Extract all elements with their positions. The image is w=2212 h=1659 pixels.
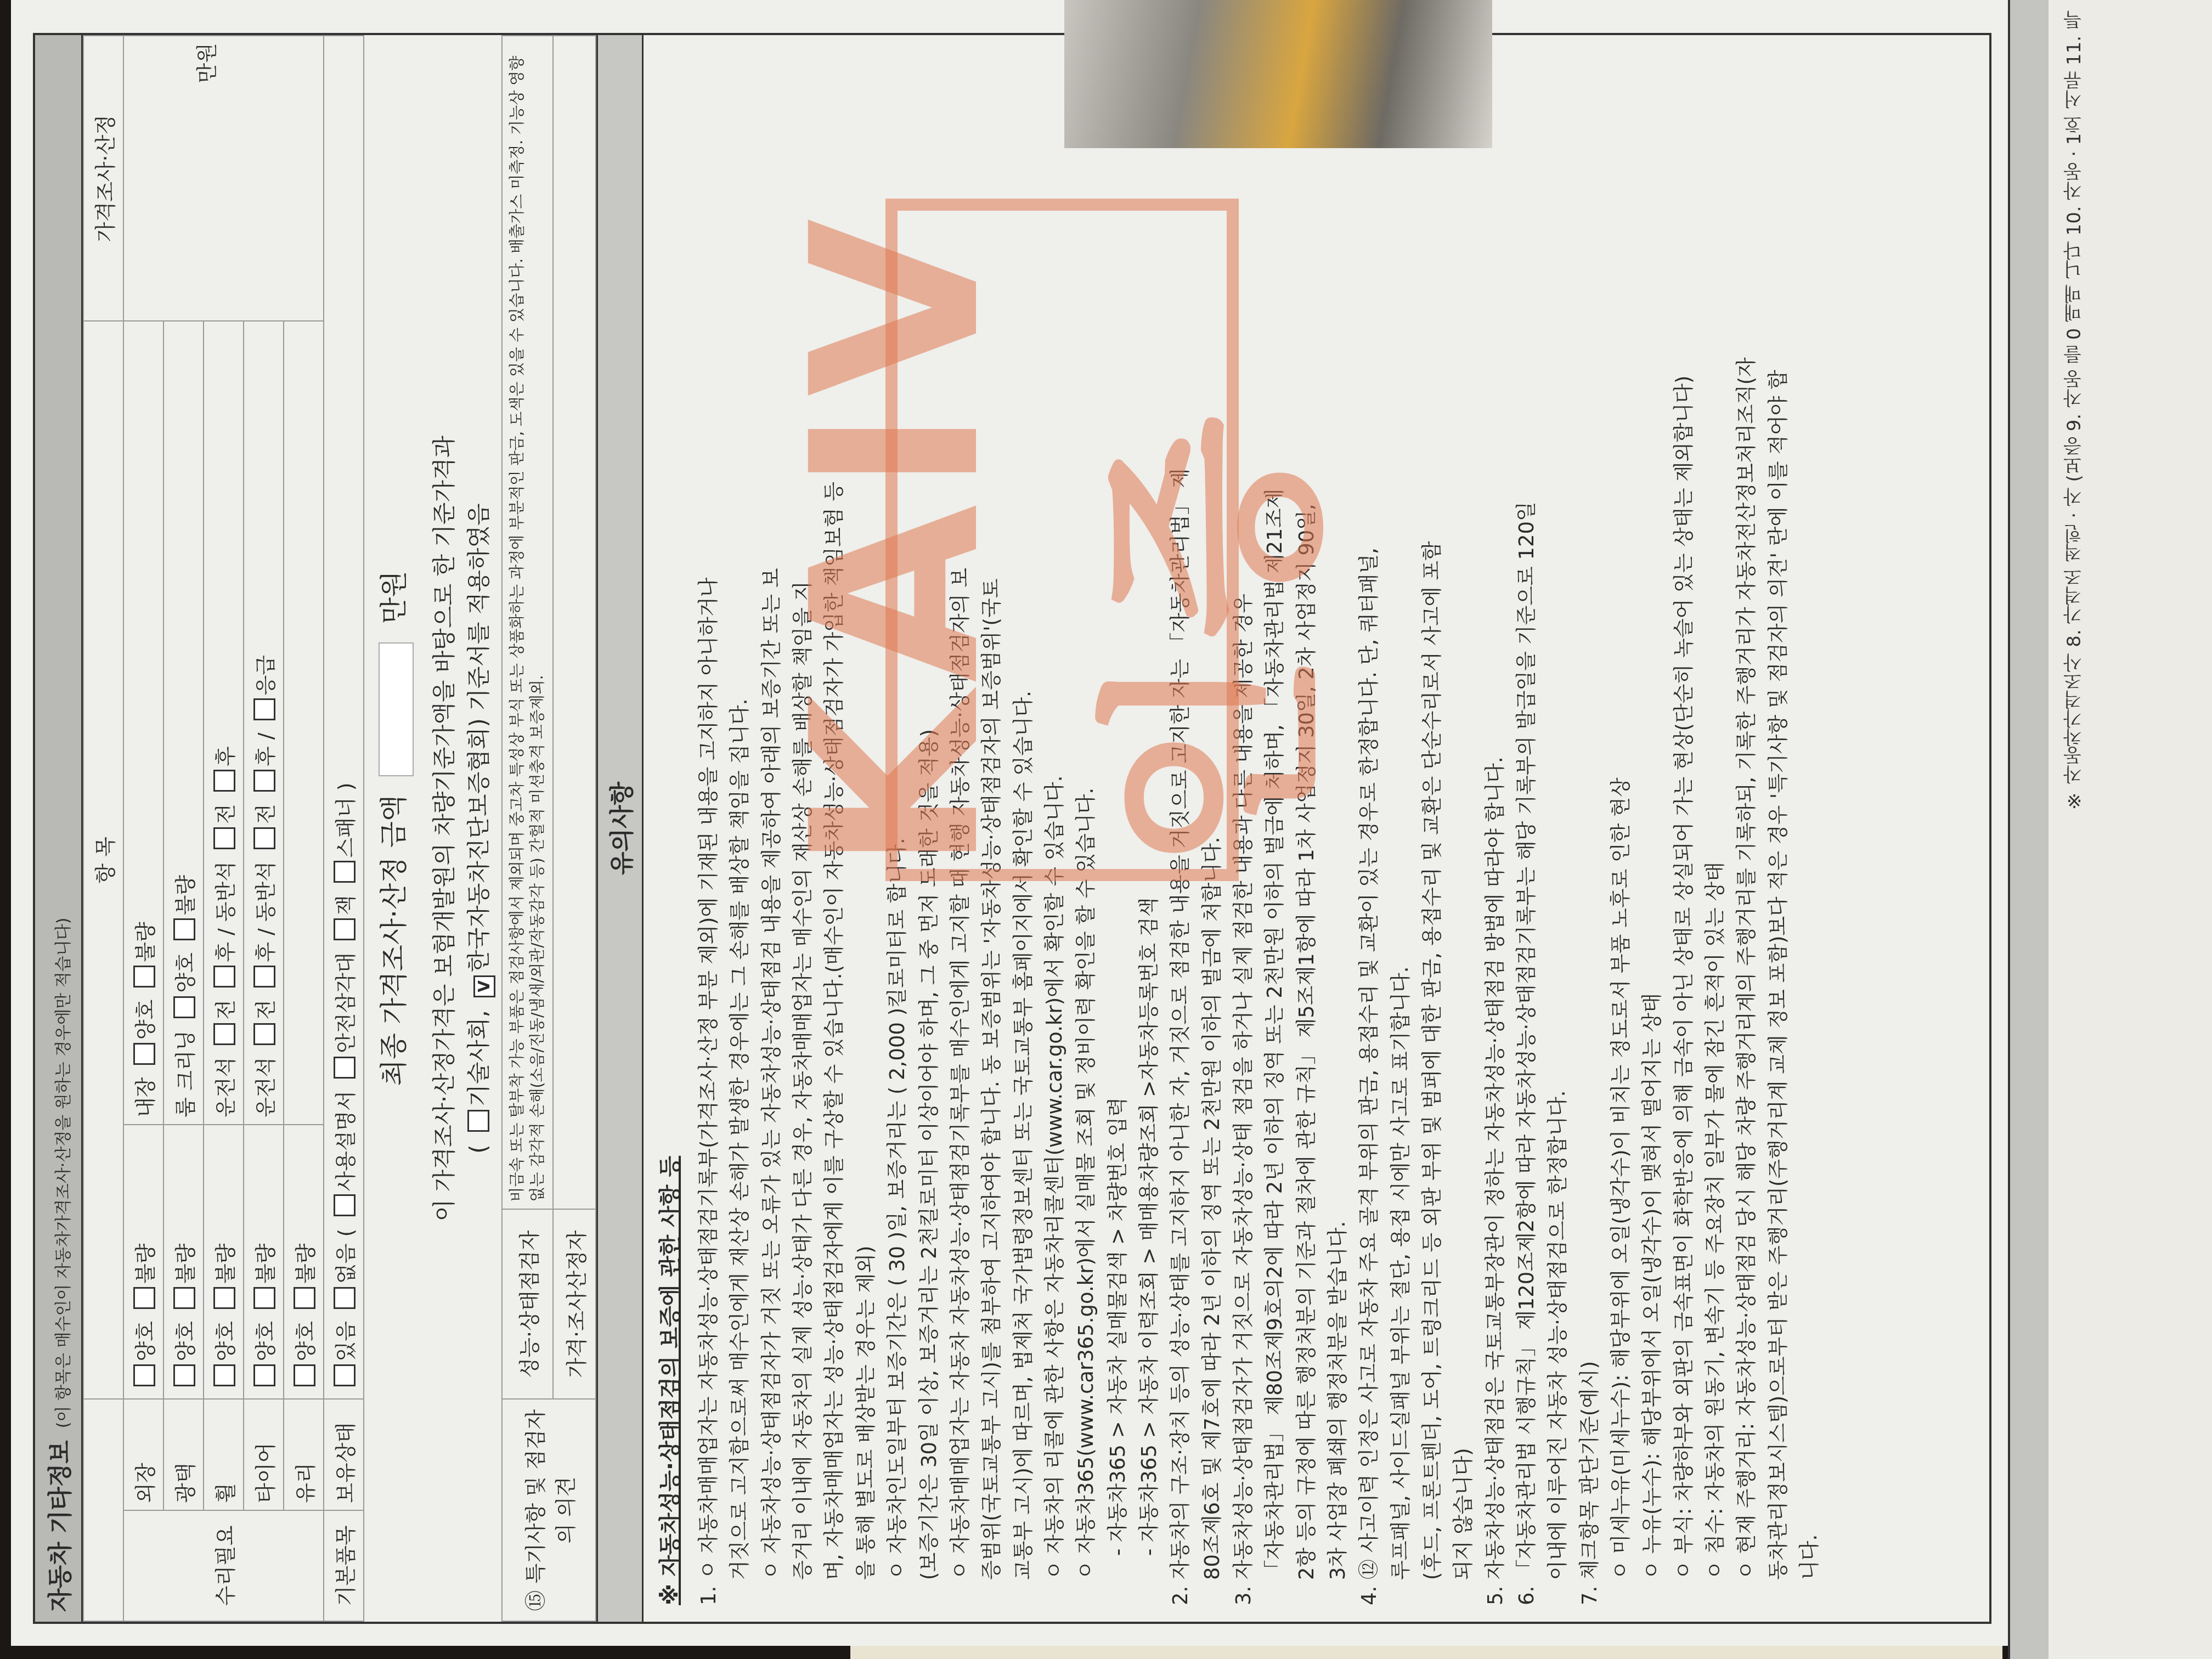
section-title-text: 자동차 기타정보 <box>41 1440 76 1612</box>
checkbox[interactable] <box>253 770 275 792</box>
option-label: 전 <box>253 1000 278 1020</box>
option-label: 응급 <box>253 655 278 695</box>
option-label: 양호 <box>294 1321 318 1361</box>
notice-body: ※ 자동차성능·상태점검의 보증에 관한 사항 등 1. ㅇ 자동차매매업자는 … <box>644 35 1835 1622</box>
notice-line: 교통부 고시)에 따르며, 법제처 국가법령정보센터 또는 국토교통부 홈페이지… <box>1008 52 1039 1605</box>
notice-line: 되지 않습니다) <box>1448 52 1479 1605</box>
option-label: 불량 <box>133 1243 157 1283</box>
notice-line: - 자동차365 > 자동차 이력조회 > 매매용차량조회 >자동차등록번호 검… <box>1133 52 1165 1605</box>
warranty-title: ※ 자동차성능·상태점검의 보증에 관한 사항 등 <box>653 52 687 1605</box>
notice-header: 유의사항 <box>596 35 644 1622</box>
row-label: 타이어 <box>244 1399 284 1510</box>
sub-label: 내장 <box>133 1077 157 1117</box>
checkbox-good[interactable] <box>253 1364 275 1386</box>
inspector-remarks: 비금속 또는 탈부착 가능 부품은 점검사항에서 제외되며 중고차 특성상 부식… <box>502 36 554 1209</box>
section-title: 자동차 기타정보 (이 항목은 매수인이 자동차가격조사·산정을 원하는 경우에… <box>35 35 83 1622</box>
notice-line: 3. 자동차성능·상태점검자가 거짓으로 자동차성능·상태 점검을 하거나 실제… <box>1228 52 1259 1605</box>
notice-line: (후드, 프론트펜더, 도어, 트렁크리드 등 외판 부위 및 범퍼에 대한 판… <box>1417 52 1448 1605</box>
checkbox[interactable] <box>213 966 235 988</box>
checkbox-tech-society[interactable] <box>467 1110 489 1132</box>
notice-line: ㅇ 침수: 자동차의 원동기, 변속기 등 주요장치 일부가 물에 잠긴 흔적이… <box>1700 52 1731 1605</box>
document-page: 자동차 기타정보 (이 항목은 매수인이 자동차가격조사·산정을 원하는 경우에… <box>11 0 2013 1646</box>
price-unit: 만원 <box>123 36 324 321</box>
row-label: 외장 <box>123 1399 163 1510</box>
checkbox-kaiv-checked[interactable] <box>473 975 495 997</box>
checkbox-spanner[interactable] <box>334 861 356 883</box>
checkbox[interactable] <box>213 770 235 792</box>
checkbox-triangle[interactable] <box>334 1057 356 1079</box>
vehicle-info-table: 항 목 가격조사·산정 수리필요 외장 양호 불량 내장 양호 불량 만원 <box>83 35 364 1622</box>
notice-line: 2항 등의 규정에 따른 행정처분의 기준과 절차에 관한 규칙」 제5조제1항… <box>1291 52 1322 1605</box>
next-page-text: ※ 자동차가격조사 8. 가격조 적힌 · 자 (보증 9. 자동 를 0 매매… <box>2059 11 2089 811</box>
checkbox-good[interactable] <box>213 1364 235 1386</box>
checkbox-bad[interactable] <box>173 1287 195 1309</box>
basis-option1: 기술사회, <box>465 1010 492 1107</box>
row-label: 휠 <box>204 1399 244 1510</box>
option-label: 양호 <box>253 1321 278 1361</box>
notice-line: ㅇ 자동차인도일부터 보증기간은 ( 30 )일, 보증거리는 ( 2,000 … <box>882 52 913 1605</box>
basic-items-options: 있음 없음 ( 사용설명서 안전삼각대 잭 스패너 ) <box>324 36 364 1399</box>
checkbox-good[interactable] <box>294 1364 315 1386</box>
option-label: 양호 <box>173 1321 198 1361</box>
notice-line: ㅇ 부식: 차량하부와 외판의 금속표면이 화학반응에 의해 금속이 아닌 상태… <box>1668 52 1700 1605</box>
option-label: 불량 <box>133 922 157 962</box>
checkbox-none[interactable] <box>334 1287 356 1309</box>
notice-line: ㅇ 자동차성능·상태점검자가 거짓 또는 오류가 있는 자동차성능·상태점검 내… <box>756 52 787 1605</box>
checkbox-jack[interactable] <box>334 918 356 940</box>
sub-label: 운전석 <box>253 1057 278 1118</box>
option-label: 양호 <box>133 1321 157 1361</box>
checkbox-good[interactable] <box>133 1364 155 1386</box>
checkbox[interactable] <box>253 966 275 988</box>
checkbox-bad[interactable] <box>133 1287 155 1309</box>
notice-line: 증범위(국토교통부 고시)를 첨부하여 고지하여야 합니다. 동 보증범위는 '… <box>976 52 1007 1605</box>
final-price-unit: 만원 <box>378 571 410 624</box>
checkbox[interactable] <box>253 1023 275 1045</box>
option-label: 양호 <box>213 1321 238 1361</box>
remarks-label: ⑮ 특기사항 및 점검자의 의견 <box>502 1399 596 1621</box>
option-label: 불량 <box>173 1243 198 1283</box>
option-label: 전 <box>213 1000 238 1020</box>
option-label: 스패너 <box>334 797 358 857</box>
basic-items-label: 기본품목 <box>324 1510 364 1621</box>
sub-label: 운전석 <box>213 1057 238 1118</box>
option-label: 불량 <box>294 1243 318 1283</box>
option-label: 불량 <box>173 875 198 915</box>
checkbox[interactable] <box>213 827 235 849</box>
section-note: (이 항목은 매수인이 자동차가격조사·산정을 원하는 경우에만 적습니다) <box>49 918 74 1429</box>
inspector-label: 성능·상태점검자 <box>502 1209 554 1400</box>
option-label: 양호 <box>133 1000 157 1040</box>
notice-line: (보증기간은 30일 이상, 보증거리는 2천킬로미터 이상이어야 하며, 그 … <box>913 52 945 1605</box>
checkbox-good[interactable] <box>173 996 195 1018</box>
notice-line: ㅇ 누유(누수): 해당부위에서 오일(냉각수)이 맺혀서 떨어지는 상태 <box>1637 52 1668 1605</box>
notice-line: ㅇ 미세누유(미세누수): 해당부위에 오일(냉각수)이 비치는 정도로서 부품… <box>1605 52 1637 1605</box>
notice-line: ㅇ 자동차의 리콜에 관한 사항은 자동차리콜센터(www.car.go.kr)… <box>1039 52 1070 1605</box>
row-label: 광택 <box>163 1399 204 1510</box>
notice-line: 루프패널, 사이드실패널 부위는 절단, 용접 시에만 사고로 표기합니다. <box>1385 52 1417 1605</box>
checkbox-bad[interactable] <box>253 1287 275 1309</box>
basis-option2: 한국자동차진단보증협회) <box>465 718 492 972</box>
notice-line: 1. ㅇ 자동차매매업자는 자동차성능·상태점검기록부(가격조사·산정 부분 제… <box>693 52 724 1605</box>
notice-line: 6. 「자동차관리법 시행규칙」 제120조제2항에 따라 자동차성능·상태점검… <box>1511 52 1542 1605</box>
option-label: 잭 <box>334 895 358 915</box>
appraiser-remarks[interactable] <box>553 36 596 1209</box>
notice-line: 며, 자동차매매업자는 성능·상태점검자에게 이를 구상할 수 있습니다.(매수… <box>819 52 850 1605</box>
option-label: 불량 <box>213 1243 238 1283</box>
checkbox-have[interactable] <box>334 1364 356 1386</box>
sub-row: 룸 크리닝 양호 불량 <box>163 321 204 1125</box>
notice-line: 「자동차관리법」 제80조제9호의2에 따라 2년 이하의 징역 또는 2천만원… <box>1259 52 1290 1605</box>
option-label: 없음 <box>334 1243 358 1283</box>
option-label: 후 / 동반석 <box>253 861 278 962</box>
final-price-label: 최종 가격조사·산정 금액 <box>378 795 410 1086</box>
sub-label: 룸 크리닝 <box>173 1030 198 1118</box>
notice-line: 증거리 이내에 자동차의 실제 성능·상태가 다른 경우, 자동차매매업자는 매… <box>787 52 819 1605</box>
notice-line: 이내에 이루어진 자동차 성능·상태점검으로 한정합니다. <box>1542 52 1573 1605</box>
option-label: 있음 <box>334 1321 358 1361</box>
option-label: 전 <box>213 804 238 824</box>
notice-line: 거짓으로 고지함으로써 매수인에게 재산상 손해가 발생한 경우에는 그 손해를… <box>724 52 755 1605</box>
basis-line1: 이 가격조사·산정가격은 보험개발원의 차량기준가액을 바탕으로 한 기준가격과 <box>427 35 461 1622</box>
notice-line: 4. ⑫ 사고이력 인정은 사고로 자동차 주요 골격 부위의 판금, 용접수리… <box>1353 52 1385 1605</box>
row-options: 양호 불량 <box>204 1125 244 1400</box>
notice-line: 2. 자동차의 구조·장치 등의 성능·상태를 고지하지 아니한 자, 거짓으로… <box>1165 52 1196 1605</box>
option-label: 양호 <box>173 952 198 992</box>
sub-row: 내장 양호 불량 <box>123 321 163 1125</box>
next-page-sliver: ※ 자동차가격조사 8. 가격조 적힌 · 자 (보증 9. 자동 를 0 매매… <box>2008 0 2212 1659</box>
basic-items-status-label: 보유상태 <box>324 1399 364 1510</box>
option-label: 사용설명서 <box>334 1091 358 1192</box>
notice-line: 니다. <box>1794 52 1825 1605</box>
checkbox-good[interactable] <box>173 1364 195 1386</box>
option-label: 안전삼각대 <box>334 952 358 1053</box>
empty-cell <box>284 321 324 1125</box>
notice-line: 3차 사업장 폐쇄의 행정처분을 받습니다. <box>1322 52 1353 1605</box>
row-options: 양호 불량 <box>284 1125 324 1400</box>
checkbox-bad[interactable] <box>294 1287 315 1309</box>
checkbox-bad[interactable] <box>133 966 155 988</box>
notice-line: - 자동차365 > 자동차 실매물검색 > 차량번호 입력 <box>1102 52 1133 1605</box>
checkbox-good[interactable] <box>133 1043 155 1065</box>
option-label: 후 <box>213 746 238 766</box>
checkbox-bad[interactable] <box>213 1287 235 1309</box>
next-page-title-bar <box>2010 0 2049 1659</box>
price-basis: 이 가격조사·산정가격은 보험개발원의 차량기준가액을 바탕으로 한 기준가격과… <box>421 35 501 1622</box>
notice-line: 7. 체크항목 판단기준(예시) <box>1574 52 1605 1605</box>
row-options: 양호 불량 <box>244 1125 284 1400</box>
option-label: 후 / <box>253 726 278 766</box>
notice-line: 5. 자동차성능·상태점검은 국토교통부장관이 정하는 자동차성능·상태점검 방… <box>1480 52 1511 1605</box>
repair-needed-label: 수리필요 <box>123 1510 324 1621</box>
notice-line: ㅇ 자동차365(www.car365.go.kr)에서 실매물 조회 및 정비… <box>1070 52 1102 1605</box>
row-options: 양호 불량 <box>163 1125 204 1400</box>
notice-line: 동차관리정보시스템)으로부터 받은 주행거리(주행거리계 교체 정보 포함)보다… <box>1763 52 1794 1605</box>
notice-line: ㅇ 현재 주행거리: 자동차성능·상태점검 당시 해당 차량 주행거리계의 주행… <box>1731 52 1762 1605</box>
checkbox[interactable] <box>213 1023 235 1045</box>
option-label: 전 <box>253 804 278 824</box>
notice-line: 을 통해 별도로 배상받는 경우는 제외) <box>850 52 882 1605</box>
sub-row: 운전석 전 후 / 동반석 전 후 / 응급 <box>244 321 284 1125</box>
row-options: 양호 불량 <box>123 1125 163 1400</box>
option-label: 불량 <box>253 1243 278 1283</box>
notice-list: 1. ㅇ 자동차매매업자는 자동차성능·상태점검기록부(가격조사·산정 부분 제… <box>693 52 1825 1605</box>
basis-line2-end: 기준서를 적용하였음 <box>465 503 492 711</box>
checkbox[interactable] <box>253 827 275 849</box>
option-label: 후 / 동반석 <box>213 861 238 962</box>
appraiser-label: 가격·조사산정자 <box>553 1209 596 1400</box>
notice-line: 80조제6호 및 제7호에 따라 2년 이하의 징역 또는 2천만원 이하의 벌… <box>1197 52 1228 1605</box>
sub-row: 운전석 전 후 / 동반석 전 후 <box>204 321 244 1125</box>
checkbox-bad[interactable] <box>173 918 195 940</box>
header-item: 항 목 <box>83 321 123 1399</box>
final-price-input[interactable] <box>379 642 414 776</box>
row-label: 유리 <box>284 1399 324 1510</box>
final-price-row: 최종 가격조사·산정 금액 만원 <box>364 35 421 1622</box>
checkbox-emergency[interactable] <box>253 698 275 720</box>
checkbox-manual[interactable] <box>334 1194 356 1216</box>
background-photo <box>1064 0 1492 148</box>
notice-line: ㅇ 자동차매매업자는 자동차 자동차성능·상태점검기록부를 매수인에게 고지할 … <box>945 52 976 1605</box>
header-price: 가격조사·산정 <box>83 36 123 321</box>
remarks-table: ⑮ 특기사항 및 점검자의 의견 성능·상태점검자 비금속 또는 탈부착 가능 … <box>501 35 597 1622</box>
